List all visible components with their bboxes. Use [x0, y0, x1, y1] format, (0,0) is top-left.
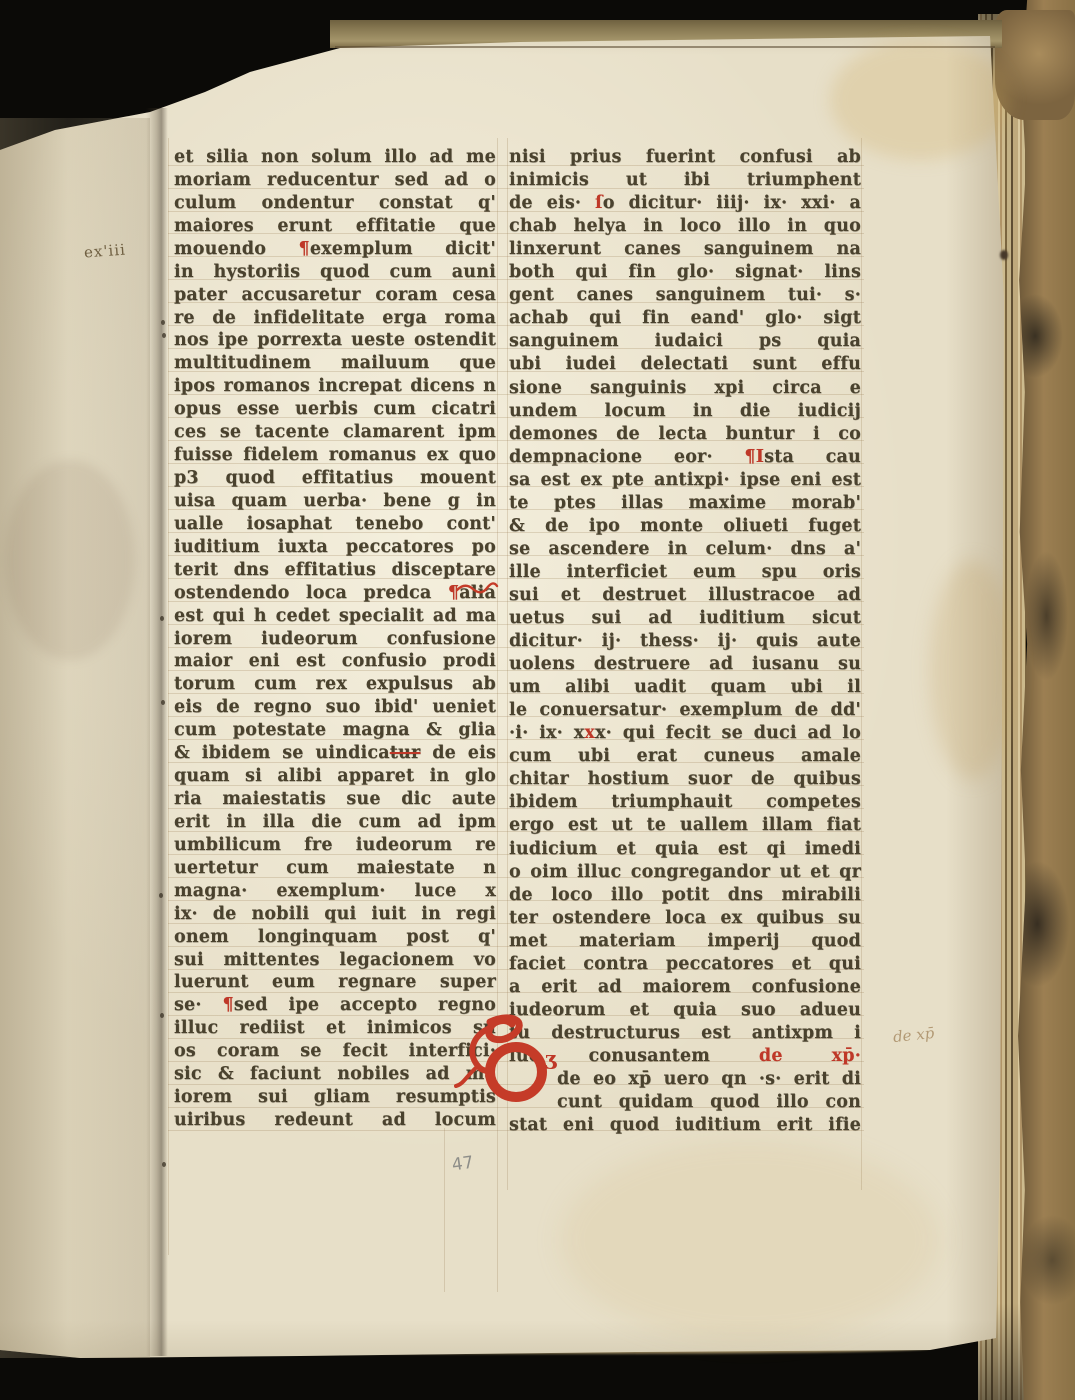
manuscript-line: umbilicum fre iudeorum re: [174, 834, 496, 857]
body-text: ille interficiet eum spu oris: [509, 562, 861, 582]
manuscript-line: quam si alibi apparet in glo: [174, 765, 496, 788]
manuscript-line: luerunt eum regnare super: [174, 971, 496, 994]
body-text: chitar hostium suor de quibus: [509, 769, 861, 789]
manuscript-line: ces se tacente clamarent ipm: [174, 421, 496, 444]
body-text: multitudinem mailuum que: [174, 353, 496, 373]
manuscript-line: um alibi uadit quam ubi il: [509, 676, 861, 699]
red-swash-icon: [455, 582, 499, 594]
manuscript-line: ix· de nobili qui iuit in regi: [174, 903, 496, 926]
manuscript-line: ergo est ut te uallem illam fiat: [509, 814, 861, 837]
body-text: x· qui fecit se duci ad lo: [595, 723, 861, 743]
manuscript-line: both qui fin glo· signat· lins: [509, 261, 861, 284]
sewing-hole: [162, 333, 166, 338]
manuscript-line: stat eni quod iuditium erit ifie: [509, 1114, 861, 1137]
manuscript-line: ibidem triumphauit competes: [509, 791, 861, 814]
body-text: cum potestate magna & glia: [174, 720, 496, 740]
body-text: uiribus redeunt ad locum: [174, 1110, 496, 1130]
body-text: eis de regno suo ibid' ueniet: [174, 697, 496, 717]
body-text: demones de lecta buntur i co: [509, 424, 861, 444]
cover-corner-curl: [995, 10, 1075, 120]
body-text: os coram se fecit interfici·: [174, 1041, 496, 1061]
manuscript-line: o oim illuc congregandor ut et qr: [509, 861, 861, 884]
body-text: ubi iudei delectati sunt effu: [509, 354, 861, 374]
body-text: opus esse uerbis cum cicatri: [174, 399, 496, 419]
manuscript-line: uiribus redeunt ad locum: [174, 1109, 496, 1132]
body-text: stat eni quod iuditium erit ifie: [509, 1115, 861, 1135]
sewing-hole: [160, 616, 164, 621]
body-text: torum cum rex expulsus ab: [174, 674, 496, 694]
body-text: ·i· ix· x: [509, 723, 584, 743]
manuscript-line: ·i· ix· xxx· qui fecit se duci ad lo: [509, 722, 861, 745]
manuscript-line: sui et destruet illustracoe ad: [509, 584, 861, 607]
body-text: le conuersatur· exemplum de dd': [509, 700, 861, 720]
body-text: re de infidelitate erga roma: [174, 308, 496, 328]
manuscript-line: te ptes illas maxime morab': [509, 492, 861, 515]
manuscript-line: uetus sui ad iuditium sicut: [509, 607, 861, 630]
sewing-hole: [161, 320, 165, 325]
body-text: se ascendere in celum· dns a': [509, 539, 861, 559]
body-text: sui et destruet illustracoe ad: [509, 585, 861, 605]
body-text: fuisse fidelem romanus ex quo: [174, 445, 496, 465]
ruling-line: [861, 138, 862, 1190]
rubric-text: ſ: [595, 193, 603, 213]
manuscript-line: inimicis ut ibi triumphent: [509, 169, 861, 192]
body-text: cum ubi erat cuneus amale: [509, 746, 861, 766]
body-text: p3 quod effitatius mouent: [174, 468, 496, 488]
manuscript-line: met materiam imperij quod: [509, 930, 861, 953]
manuscript-line: se· ¶sed ipe accepto regno: [174, 994, 496, 1017]
manuscript-line: de loco illo potit dns mirabili: [509, 884, 861, 907]
body-text: ria maiestatis sue dic aute: [174, 789, 496, 809]
manuscript-line: uolens destruere ad iusanu su: [509, 653, 861, 676]
manuscript-line: fuisse fidelem romanus ex quo: [174, 444, 496, 467]
body-text: ces se tacente clamarent ipm: [174, 422, 496, 442]
manuscript-line: cum potestate magna & glia: [174, 719, 496, 742]
body-text: maior eni est confusio prodi: [174, 651, 496, 671]
rubric-text: ¶: [223, 995, 234, 1015]
manuscript-line: uertetur cum maiestate n: [174, 857, 496, 880]
manuscript-line: ualle iosaphat tenebo cont': [174, 513, 496, 536]
body-text: undem locum in die iudicij: [509, 401, 861, 421]
manuscript-line: cunt quidam quod illo con: [557, 1091, 861, 1114]
manuscript-line: sanguinem iudaici ps quia: [509, 330, 861, 353]
manuscript-line: terit dns effitatius disceptare: [174, 559, 496, 582]
body-text: iuditium iuxta peccatores po: [174, 537, 496, 557]
manuscript-line: ter ostendere loca ex quibus su: [509, 907, 861, 930]
body-text: ipos romanos increpat dicens n: [174, 376, 496, 396]
body-text: exemplum dicit': [310, 239, 496, 259]
manuscript-line: re de infidelitate erga roma: [174, 307, 496, 330]
manuscript-line: magna· exemplum· luce x: [174, 880, 496, 903]
manuscript-line: a erit ad maiorem confusione: [509, 976, 861, 999]
manuscript-line: linxerunt canes sanguinem na: [509, 238, 861, 261]
body-text: te ptes illas maxime morab': [509, 493, 861, 513]
body-text: moriam reducentur sed ad o: [174, 170, 496, 190]
manuscript-line: moriam reducentur sed ad o: [174, 169, 496, 192]
body-text: a erit ad maiorem confusione: [509, 977, 861, 997]
rubric-text: ¶I: [744, 447, 764, 467]
body-text: nos ipe porrexta ueste ostendit: [174, 330, 496, 350]
manuscript-line: maior eni est confusio prodi: [174, 650, 496, 673]
manuscript-line: est qui h cedet specialit ad ma: [174, 605, 496, 628]
sewing-hole: [159, 893, 163, 898]
body-text: cunt quidam quod illo con: [557, 1092, 861, 1112]
body-text: in hystoriis quod cum auni: [174, 262, 496, 282]
manuscript-line: eis de regno suo ibid' ueniet: [174, 696, 496, 719]
body-text: gent canes sanguinem tui· s·: [509, 285, 861, 305]
manuscript-line: in hystoriis quod cum auni: [174, 261, 496, 284]
body-text: linxerunt canes sanguinem na: [509, 239, 861, 259]
body-text: sa est ex pte antixpi· ipse eni est: [509, 470, 861, 490]
book-cover-edge: [1018, 0, 1075, 1400]
manuscript-line: sui mittentes legacionem vo: [174, 949, 496, 972]
body-text: iorem sui gliam resumptis: [174, 1087, 496, 1107]
manuscript-line: chitar hostium suor de quibus: [509, 768, 861, 791]
body-text: & ibidem se uindica: [174, 743, 390, 763]
manuscript-line: ubi iudei delectati sunt effu: [509, 353, 861, 376]
rubric-text: x: [584, 723, 595, 743]
manuscript-line: p3 quod effitatius mouent: [174, 467, 496, 490]
body-text: uertetur cum maiestate n: [174, 858, 496, 878]
manuscript-line: gent canes sanguinem tui· s·: [509, 284, 861, 307]
manuscript-line: & de ipo monte oliueti fuget: [509, 515, 861, 538]
body-text: mouendo: [174, 239, 298, 259]
body-text: faciet contra peccatores et qui: [509, 954, 861, 974]
body-text: ualle iosaphat tenebo cont': [174, 514, 496, 534]
body-text: maiores erunt effitatie que: [174, 216, 496, 236]
manuscript-line: os coram se fecit interfici·: [174, 1040, 496, 1063]
body-text: nisi prius fuerint confusi ab: [509, 147, 861, 167]
manuscript-line: mouendo ¶exemplum dicit': [174, 238, 496, 261]
body-text: achab qui fin eand' glo· sigt: [509, 308, 861, 328]
ruling-line: [497, 138, 498, 1292]
manuscript-line: nos ipe porrexta ueste ostendit: [174, 329, 496, 352]
body-text: o oim illuc congregandor ut et qr: [509, 862, 861, 882]
manuscript-line: ostendendo loca predca ¶alia: [174, 582, 496, 605]
body-text: ter ostendere loca ex quibus su: [509, 908, 861, 928]
manuscript-line: demones de lecta buntur i co: [509, 423, 861, 446]
body-text: de eis: [420, 743, 496, 763]
manuscript-photo: ex'iii de xp̄ 47 et silia non solum illo…: [0, 0, 1075, 1400]
manuscript-line: erit in illa die cum ad ipm: [174, 811, 496, 834]
sewing-hole: [162, 1162, 166, 1167]
manuscript-line: de eo xp̄ uero qn ·s· erit di: [557, 1068, 861, 1091]
body-text: iudicium et quia est qi imedi: [509, 839, 861, 859]
body-text: met materiam imperij quod: [509, 931, 861, 951]
body-text: sui mittentes legacionem vo: [174, 950, 496, 970]
manuscript-line: dicitur· ij· thess· ij· quis aute: [509, 630, 861, 653]
body-text: et silia non solum illo ad me: [174, 147, 496, 167]
body-text: luerunt eum regnare super: [174, 972, 496, 992]
body-text: sione sanguinis xpi circa e: [509, 378, 861, 398]
manuscript-line: undem locum in die iudicij: [509, 400, 861, 423]
manuscript-line: culum ondentur constat q': [174, 192, 496, 215]
body-text: illuc rediist et inimicos su: [174, 1018, 496, 1038]
body-text: dicitur· ij· thess· ij· quis aute: [509, 631, 861, 651]
manuscript-line: multitudinem mailuum que: [174, 352, 496, 375]
manuscript-line: ria maiestatis sue dic aute: [174, 788, 496, 811]
manuscript-line: de eis· ſo dicitur· iiij· ix· xxi· a: [509, 192, 861, 215]
manuscript-line: faciet contra peccatores et qui: [509, 953, 861, 976]
body-text: umbilicum fre iudeorum re: [174, 835, 496, 855]
body-text: & de ipo monte oliueti fuget: [509, 516, 861, 536]
body-text: de eis·: [509, 193, 595, 213]
body-text: inimicis ut ibi triumphent: [509, 170, 861, 190]
manuscript-line: le conuersatur· exemplum de dd': [509, 699, 861, 722]
body-text: de eo xp̄ uero qn ·s· erit di: [557, 1069, 861, 1089]
manuscript-line: se ascendere in celum· dns a': [509, 538, 861, 561]
body-text: culum ondentur constat q': [174, 193, 496, 213]
manuscript-line: iorem sui gliam resumptis: [174, 1086, 496, 1109]
manuscript-line: sione sanguinis xpi circa e: [509, 377, 861, 400]
body-text: tur: [390, 743, 421, 763]
ruling-line: [168, 138, 169, 1255]
body-text: ostendendo loca predca: [174, 583, 448, 603]
manuscript-line: illuc rediist et inimicos su: [174, 1017, 496, 1040]
body-text: est qui h cedet specialit ad ma: [174, 606, 496, 626]
body-text: chab helya in loco illo in quo: [509, 216, 861, 236]
manuscript-line: maiores erunt effitatie que: [174, 215, 496, 238]
manuscript-line: nisi prius fuerint confusi ab: [509, 146, 861, 169]
manuscript-line: uisa quam uerba· bene g in: [174, 490, 496, 513]
rubric-text: ¶: [298, 239, 309, 259]
manuscript-line: ille interficiet eum spu oris: [509, 561, 861, 584]
manuscript-line: pater accusaretur coram cesa: [174, 284, 496, 307]
body-text: um alibi uadit quam ubi il: [509, 677, 861, 697]
sewing-hole: [161, 700, 165, 705]
manuscript-line: dempnacione eor· ¶Ista cau: [509, 446, 861, 469]
body-text: both qui fin glo· signat· lins: [509, 262, 861, 282]
manuscript-line: achab qui fin eand' glo· sigt: [509, 307, 861, 330]
body-text: terit dns effitatius disceptare: [174, 560, 496, 580]
manuscript-line: torum cum rex expulsus ab: [174, 673, 496, 696]
body-text: uolens destruere ad iusanu su: [509, 654, 861, 674]
body-text: uisa quam uerba· bene g in: [174, 491, 496, 511]
body-text: ergo est ut te uallem illam fiat: [509, 815, 861, 835]
margin-note-left: ex'iii: [83, 241, 126, 262]
body-text: quam si alibi apparet in glo: [174, 766, 496, 786]
manuscript-line: iorem iudeorum confusione: [174, 628, 496, 651]
manuscript-line: sic & faciunt nobiles ad ma: [174, 1063, 496, 1086]
manuscript-line: iuditium iuxta peccatores po: [174, 536, 496, 559]
body-text: uetus sui ad iuditium sicut: [509, 608, 861, 628]
rubric-abbreviation-mark: ʒ: [545, 1046, 556, 1070]
body-text: ibidem triumphauit competes: [509, 792, 861, 812]
page-top-edge-line: [335, 46, 995, 48]
body-text: dempnacione eor·: [509, 447, 744, 467]
manuscript-line: & ibidem se uindicatur de eis: [174, 742, 496, 765]
binding-gutter-crease: [146, 108, 174, 1356]
body-text: erit in illa die cum ad ipm: [174, 812, 496, 832]
body-text: iorem iudeorum confusione: [174, 629, 496, 649]
manuscript-line: cum ubi erat cuneus amale: [509, 745, 861, 768]
manuscript-line: sa est ex pte antixpi· ipse eni est: [509, 469, 861, 492]
rubric-text: de xp̄·: [759, 1046, 861, 1066]
body-text: sic & faciunt nobiles ad ma: [174, 1064, 496, 1084]
body-text: magna· exemplum· luce x: [174, 881, 496, 901]
ruling-line: [444, 1128, 445, 1292]
sewing-hole: [160, 1013, 164, 1018]
body-text: sta cau: [764, 447, 861, 467]
body-text: sanguinem iudaici ps quia: [509, 331, 861, 351]
folio-number: 47: [451, 1153, 475, 1176]
manuscript-line: et silia non solum illo ad me: [174, 146, 496, 169]
body-text: se·: [174, 995, 223, 1015]
body-text: onem longinquam post q': [174, 927, 496, 947]
body-text: ix· de nobili qui iuit in regi: [174, 904, 496, 924]
facing-page-shading: [0, 118, 150, 1358]
manuscript-line: chab helya in loco illo in quo: [509, 215, 861, 238]
manuscript-line: iudicium et quia est qi imedi: [509, 838, 861, 861]
body-text: pater accusaretur coram cesa: [174, 285, 496, 305]
manuscript-line: opus esse uerbis cum cicatri: [174, 398, 496, 421]
body-text: sed ipe accepto regno: [234, 995, 496, 1015]
manuscript-line: ipos romanos increpat dicens n: [174, 375, 496, 398]
body-text: o dicitur· iiij· ix· xxi· a: [603, 193, 861, 213]
body-text: de loco illo potit dns mirabili: [509, 885, 861, 905]
manuscript-line: onem longinquam post q': [174, 926, 496, 949]
